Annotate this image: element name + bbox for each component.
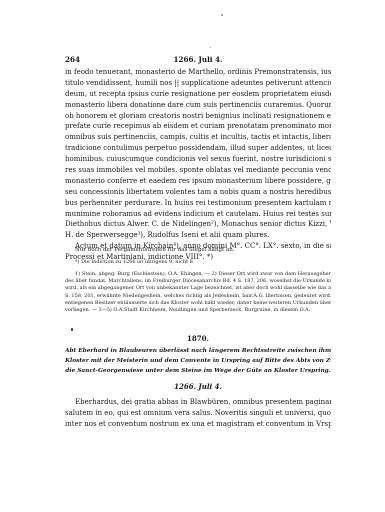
text-line: in feodo tenuerant, monasterio de Marthe… [65, 67, 331, 78]
text-line: res suas immobiles vel mobiles, sponte o… [65, 165, 331, 176]
document-date: 1266. Juli 4. [65, 382, 331, 393]
footnote-line: vorliegen. — 3—5) O.A.Stadt Kirchheim, N… [65, 307, 331, 314]
text-line: tradicione contulimus perpetuo possidend… [65, 143, 331, 154]
summary-line: Kloster mit der Meisterin und dem Conven… [65, 356, 331, 366]
document-page: 264 1266. Juli 4. in feodo tenuerant, mo… [0, 0, 385, 512]
running-header: 264 1266. Juli 4. [65, 55, 331, 65]
text-line: Diethohus dictus Alwer. C. de Nidelingen… [65, 219, 331, 230]
scan-speck [71, 328, 73, 331]
charter-1870-heading: 1870. [65, 334, 331, 345]
text-line: Eberhardus, dei gratia abbas in Blawbüre… [65, 397, 331, 408]
indiction-note-text: *) Die Indiction zu 1266 ist übrigens 9,… [65, 259, 331, 266]
text-line: H. de Sperwersegge³), Rudolfus Iseni et … [65, 230, 331, 241]
text-line: monasterio conferre et eaedem res ipsum … [65, 176, 331, 187]
text-line: monasterio libera donatione dare cum sui… [65, 100, 331, 111]
text-line: prefate curie recepimus ab eisdem et cur… [65, 121, 331, 132]
text-line: ob honorem et gloriam creatoris nostri b… [65, 111, 331, 122]
seal-note: Nur noch der Pergamentstreifen für das S… [65, 247, 331, 254]
footnote-line: entlegenen Besitzer entäusserte sich das… [65, 300, 331, 307]
text-line: bus perhenniter perdurare. In huius rei … [65, 198, 331, 209]
regest-summary: Abt Eberhard in Blaubeuren überlässt nac… [65, 346, 331, 376]
text-line: salutem in eo, qui est omnium vera salus… [65, 408, 331, 419]
footnote-line: S. 158, 201, erwähnte Niedengeshein, wel… [65, 293, 331, 300]
footnotes: 1) Stein, abgeg. Burg (Eschlestein), O.A… [65, 271, 331, 314]
text-line: hominibus, cuiuscumque condicionis vel s… [65, 154, 331, 165]
seal-note-text: Nur noch der Pergamentstreifen für das S… [65, 247, 331, 254]
footnote-line: wird, als ein abgegangener Ort von unbek… [65, 285, 331, 292]
document-number: 1870. [65, 334, 331, 345]
scan-speck [221, 14, 223, 16]
footnote-line: 1) Stein, abgeg. Burg (Eschlestein), O.A… [65, 271, 331, 278]
text-line: inter nos et conventum nostrum ex una et… [65, 419, 331, 430]
summary-line: Abt Eberhard in Blaubeuren überlässt nac… [65, 346, 331, 356]
scan-speck [210, 47, 211, 48]
charter-1266-body: in feodo tenuerant, monasterio de Marthe… [65, 67, 331, 263]
text-line: deum, ut recepta ipsius curie resignatio… [65, 89, 331, 100]
indiction-note: *) Die Indiction zu 1266 ist übrigens 9,… [65, 259, 331, 266]
text-line: munimine roboramus ad evidens indicium e… [65, 209, 331, 220]
text-line: titulo vendidissent, humili nos || suppl… [65, 78, 331, 89]
summary-line: die Sanct-Georgenwiese unter dem Steine … [65, 366, 331, 376]
charter-1870-body: Eberhardus, dei gratia abbas in Blawbüre… [65, 397, 331, 430]
charter-1870-date: 1266. Juli 4. [65, 382, 331, 393]
header-date: 1266. Juli 4. [65, 55, 331, 65]
text-line: omnibus suis pertinenciis, campis, culti… [65, 132, 331, 143]
text-line: seu concessionis libertatem volentes tam… [65, 187, 331, 198]
footnote-line: des liber fundat. Marchtallens. im Freib… [65, 278, 331, 285]
